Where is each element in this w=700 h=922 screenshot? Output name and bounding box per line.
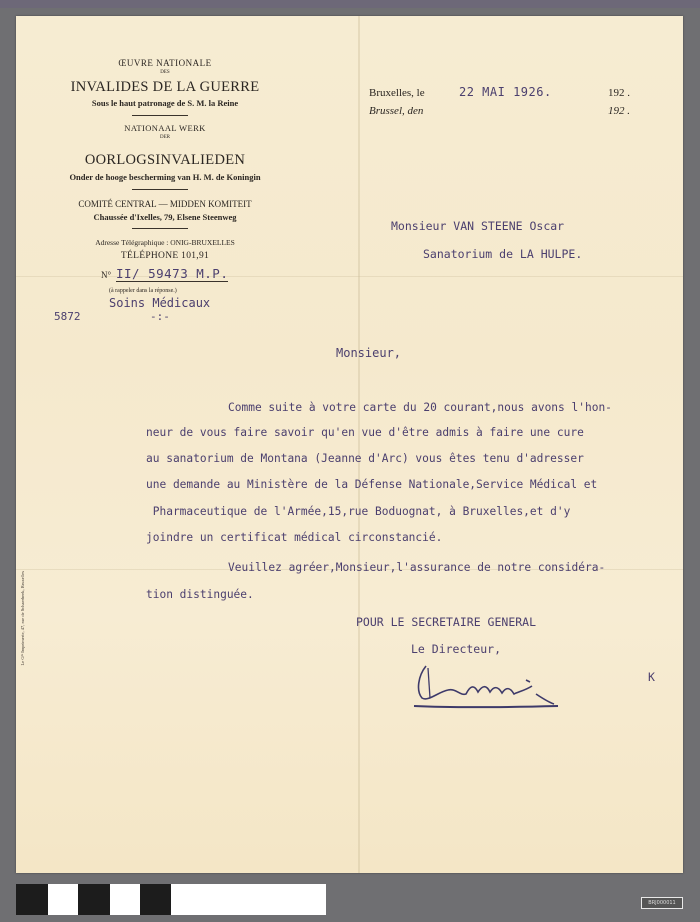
divider [132,115,188,116]
reference-note: (à rappeler dans la réponse.) [109,288,177,294]
body-line: neur de vous faire savoir qu'en vue d'êt… [146,426,584,439]
signature-role: Le Directeur, [411,642,501,656]
year-prefix-fr: 192 . [608,87,630,99]
body-line: au sanatorium de Montana (Jeanne d'Arc) … [146,452,584,465]
reference-label: N° [101,270,111,280]
closing-line: Veuillez agréer,Monsieur,l'assurance de … [228,561,605,574]
body-line: joindre un certificat médical circonstan… [146,531,442,544]
fold-line-vertical [358,16,360,873]
separator: -:- [150,310,170,323]
letterhead-patronage-nl: Onder de hooge bescherming van H. M. de … [50,172,280,182]
handwritten-signature [408,656,568,711]
body-line: une demande au Ministère de la Défense N… [146,478,597,491]
letterhead-title-fr: INVALIDES DE LA GUERRE [50,79,280,96]
typist-initial: K [648,670,655,684]
body-line: Comme suite à votre carte du 20 courant,… [228,401,612,414]
calibration-swatch [171,884,326,915]
letterhead-telephone: TÉLÉPHONE 101,91 [50,251,280,261]
scan-top-band [0,0,700,8]
letterhead-nationaal: NATIONAAL WERK [50,123,280,133]
body-line: Pharmaceutique de l'Armée,15,rue Boduogn… [146,505,570,518]
calibration-swatch [140,884,171,915]
file-number: 5872 [54,310,81,323]
archive-tag: BRJ000011 [641,897,683,909]
addressee-name: Monsieur VAN STEENE Oscar [391,219,564,233]
calibration-swatch [78,884,110,915]
letterhead-des: DES [50,70,280,75]
letter-page: ŒUVRE NATIONALE DES INVALIDES DE LA GUER… [16,16,683,873]
printer-imprint: Le Gᵈᵉ Imprimerie, 47, rue de Schaerbeek… [20,571,25,666]
letterhead-address: Chaussée d'Ixelles, 79, Elsene Steenweg [50,212,280,222]
letterhead-title-nl: OORLOGSINVALIEDEN [50,152,280,169]
addressee-location: Sanatorium de LA HULPE. [423,247,582,261]
date-value: 22 MAI 1926. [459,85,552,99]
letterhead-der: DER [50,135,280,140]
calibration-swatch [110,884,140,915]
letterhead-telegraph: Adresse Télégraphique : ONIG-BRUXELLES [50,238,280,247]
department: Soins Médicaux [109,296,210,310]
reference-number: II/ 59473 M.P. [116,266,228,282]
closing-line: tion distinguée. [146,588,254,601]
year-prefix-nl: 192 . [608,105,630,117]
calibration-swatch [16,884,48,915]
date-label-nl: Brussel, den [369,105,423,117]
scan-calibration-bar [16,884,326,915]
letterhead-patronage-fr: Sous le haut patronage de S. M. la Reine [50,98,280,108]
calibration-swatch [48,884,78,915]
divider [132,228,188,229]
divider [132,189,188,190]
letterhead-oeuvre: ŒUVRE NATIONALE [50,58,280,68]
date-label-fr: Bruxelles, le [369,87,425,99]
letterhead-comite: COMITÉ CENTRAL — MIDDEN KOMITEIT [50,199,280,209]
salutation: Monsieur, [336,346,401,360]
signature-title: POUR LE SECRETAIRE GENERAL [356,615,536,629]
